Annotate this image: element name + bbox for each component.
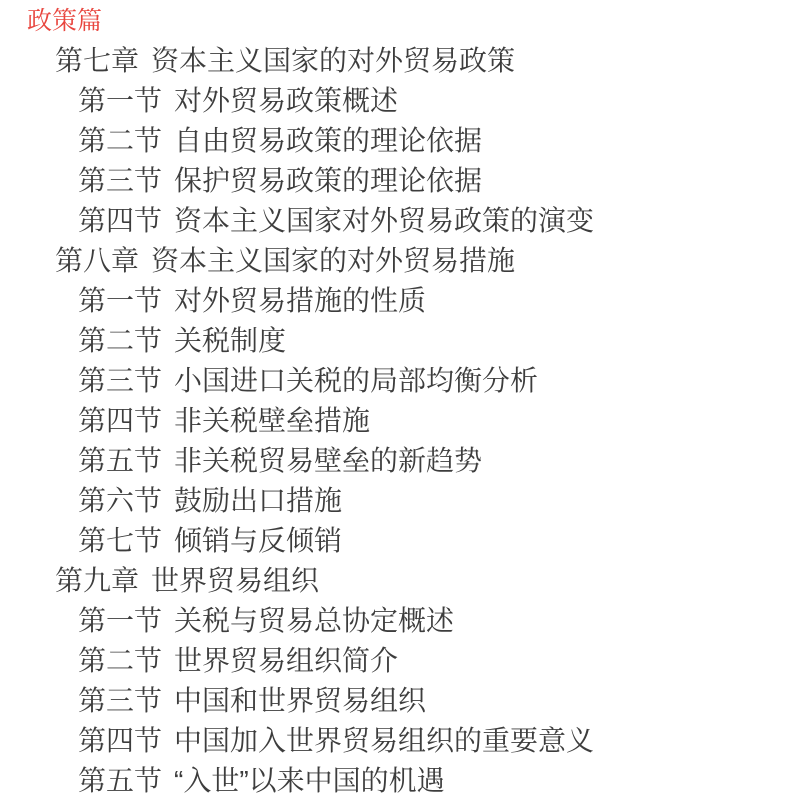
toc-section-row: 第六节鼓励出口措施	[0, 481, 790, 521]
toc-section-row: 第二节世界贸易组织简介	[0, 641, 790, 681]
toc-entry-title: 资本主义国家的对外贸易政策	[151, 45, 515, 76]
toc-entry-label: 第三节	[78, 361, 162, 401]
toc-entry-label: 第七章	[55, 41, 139, 81]
toc-section-row: 第四节中国加入世界贸易组织的重要意义	[0, 721, 790, 761]
part-title: 政策篇	[0, 1, 790, 41]
toc-entry-label: 第六节	[78, 481, 162, 521]
toc-entry-title: 倾销与反倾销	[174, 525, 342, 556]
toc-section-row: 第五节非关税贸易壁垒的新趋势	[0, 441, 790, 481]
toc-entry-title: 世界贸易组织简介	[174, 645, 398, 676]
toc-entry-label: 第八章	[55, 241, 139, 281]
toc-entry-title: 关税制度	[174, 325, 286, 356]
toc-entry-label: 第四节	[78, 721, 162, 761]
toc-entry-label: 第一节	[78, 601, 162, 641]
toc-entry-label: 第一节	[78, 281, 162, 321]
toc-section-row: 第三节保护贸易政策的理论依据	[0, 161, 790, 201]
toc-entry-title: 中国加入世界贸易组织的重要意义	[174, 725, 594, 756]
toc-entry-label: 第三节	[78, 681, 162, 721]
toc-section-row: 第七节倾销与反倾销	[0, 521, 790, 561]
toc-entry-label: 第五节	[78, 761, 162, 799]
toc-chapter-row: 第九章世界贸易组织	[0, 561, 790, 601]
toc-chapter-row: 第八章资本主义国家的对外贸易措施	[0, 241, 790, 281]
toc-entry-title: 资本主义国家的对外贸易措施	[151, 245, 515, 276]
toc-entry-label: 第二节	[78, 321, 162, 361]
toc-section-row: 第四节资本主义国家对外贸易政策的演变	[0, 201, 790, 241]
toc-entry-title: 非关税贸易壁垒的新趋势	[174, 445, 482, 476]
toc-entry-label: 第四节	[78, 201, 162, 241]
toc-entry-label: 第二节	[78, 641, 162, 681]
toc-entry-label: 第一节	[78, 81, 162, 121]
toc-entry-title: 世界贸易组织	[151, 565, 319, 596]
toc-section-row: 第三节小国进口关税的局部均衡分析	[0, 361, 790, 401]
toc-section-row: 第二节关税制度	[0, 321, 790, 361]
toc-entry-title: 资本主义国家对外贸易政策的演变	[174, 205, 594, 236]
toc-entry-label: 第四节	[78, 401, 162, 441]
toc-entry-title: 关税与贸易总协定概述	[174, 605, 454, 636]
toc-entry-title: 对外贸易政策概述	[174, 85, 398, 116]
toc-chapter-row: 第七章资本主义国家的对外贸易政策	[0, 41, 790, 81]
toc-entry-label: 第九章	[55, 561, 139, 601]
toc-entry-label: 第七节	[78, 521, 162, 561]
toc-section-row: 第二节自由贸易政策的理论依据	[0, 121, 790, 161]
toc-entry-title: “入世”以来中国的机遇	[174, 765, 445, 796]
toc-list: 第七章资本主义国家的对外贸易政策第一节对外贸易政策概述第二节自由贸易政策的理论依…	[0, 41, 790, 799]
book-toc-page: 政策篇 第七章资本主义国家的对外贸易政策第一节对外贸易政策概述第二节自由贸易政策…	[0, 0, 790, 799]
toc-entry-title: 中国和世界贸易组织	[174, 685, 426, 716]
toc-section-row: 第三节中国和世界贸易组织	[0, 681, 790, 721]
toc-section-row: 第四节非关税壁垒措施	[0, 401, 790, 441]
toc-section-row: 第一节对外贸易措施的性质	[0, 281, 790, 321]
toc-section-row: 第一节关税与贸易总协定概述	[0, 601, 790, 641]
toc-section-row: 第五节“入世”以来中国的机遇	[0, 761, 790, 799]
toc-entry-title: 鼓励出口措施	[174, 485, 342, 516]
toc-entry-title: 自由贸易政策的理论依据	[174, 125, 482, 156]
toc-entry-title: 保护贸易政策的理论依据	[174, 165, 482, 196]
toc-section-row: 第一节对外贸易政策概述	[0, 81, 790, 121]
toc-entry-title: 非关税壁垒措施	[174, 405, 370, 436]
toc-entry-label: 第三节	[78, 161, 162, 201]
toc-entry-label: 第二节	[78, 121, 162, 161]
toc-entry-title: 小国进口关税的局部均衡分析	[174, 365, 538, 396]
toc-entry-title: 对外贸易措施的性质	[174, 285, 426, 316]
toc-entry-label: 第五节	[78, 441, 162, 481]
